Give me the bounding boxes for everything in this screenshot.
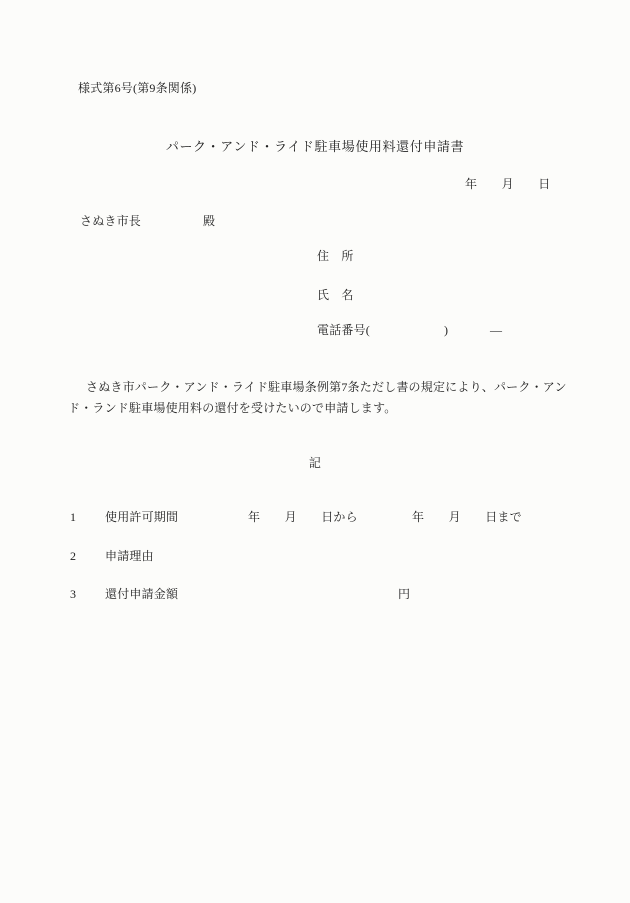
application-form-page: 様式第6号(第9条関係) パーク・アンド・ライド駐車場使用料還付申請書 年 月 … bbox=[0, 0, 630, 903]
record-heading: 記 bbox=[0, 455, 630, 471]
body-text-line-1: さぬき市パーク・アンド・ライド駐車場条例第7条ただし書の規定により、パーク・アン bbox=[86, 379, 567, 395]
addressee-name: さぬき市長 bbox=[80, 213, 141, 229]
item-number: 2 bbox=[70, 548, 76, 564]
form-number: 様式第6号(第9条関係) bbox=[78, 80, 196, 96]
yen-unit-label: 円 bbox=[398, 586, 410, 602]
item-label-refund-amount: 還付申請金額 bbox=[105, 586, 178, 602]
date-line: 年 月 日 bbox=[465, 176, 550, 192]
address-label: 住 所 bbox=[317, 248, 354, 264]
item-label-use-permission-period: 使用許可期間 bbox=[105, 509, 178, 525]
item-number: 3 bbox=[70, 586, 76, 602]
phone-close-paren: ) bbox=[444, 322, 448, 338]
phone-label: 電話番号( bbox=[317, 322, 370, 338]
item-number: 1 bbox=[70, 509, 76, 525]
period-from-blanks: 年 月 日から bbox=[248, 509, 358, 525]
name-label: 氏 名 bbox=[317, 287, 354, 303]
addressee-honorific: 殿 bbox=[203, 213, 215, 229]
body-text-line-2: ド・ランド駐車場使用料の還付を受けたいので申請します。 bbox=[68, 400, 396, 416]
form-title: パーク・アンド・ライド駐車場使用料還付申請書 bbox=[0, 139, 630, 155]
period-to-blanks: 年 月 日まで bbox=[412, 509, 522, 525]
item-label-application-reason: 申請理由 bbox=[105, 548, 154, 564]
phone-dash: ― bbox=[490, 322, 502, 338]
